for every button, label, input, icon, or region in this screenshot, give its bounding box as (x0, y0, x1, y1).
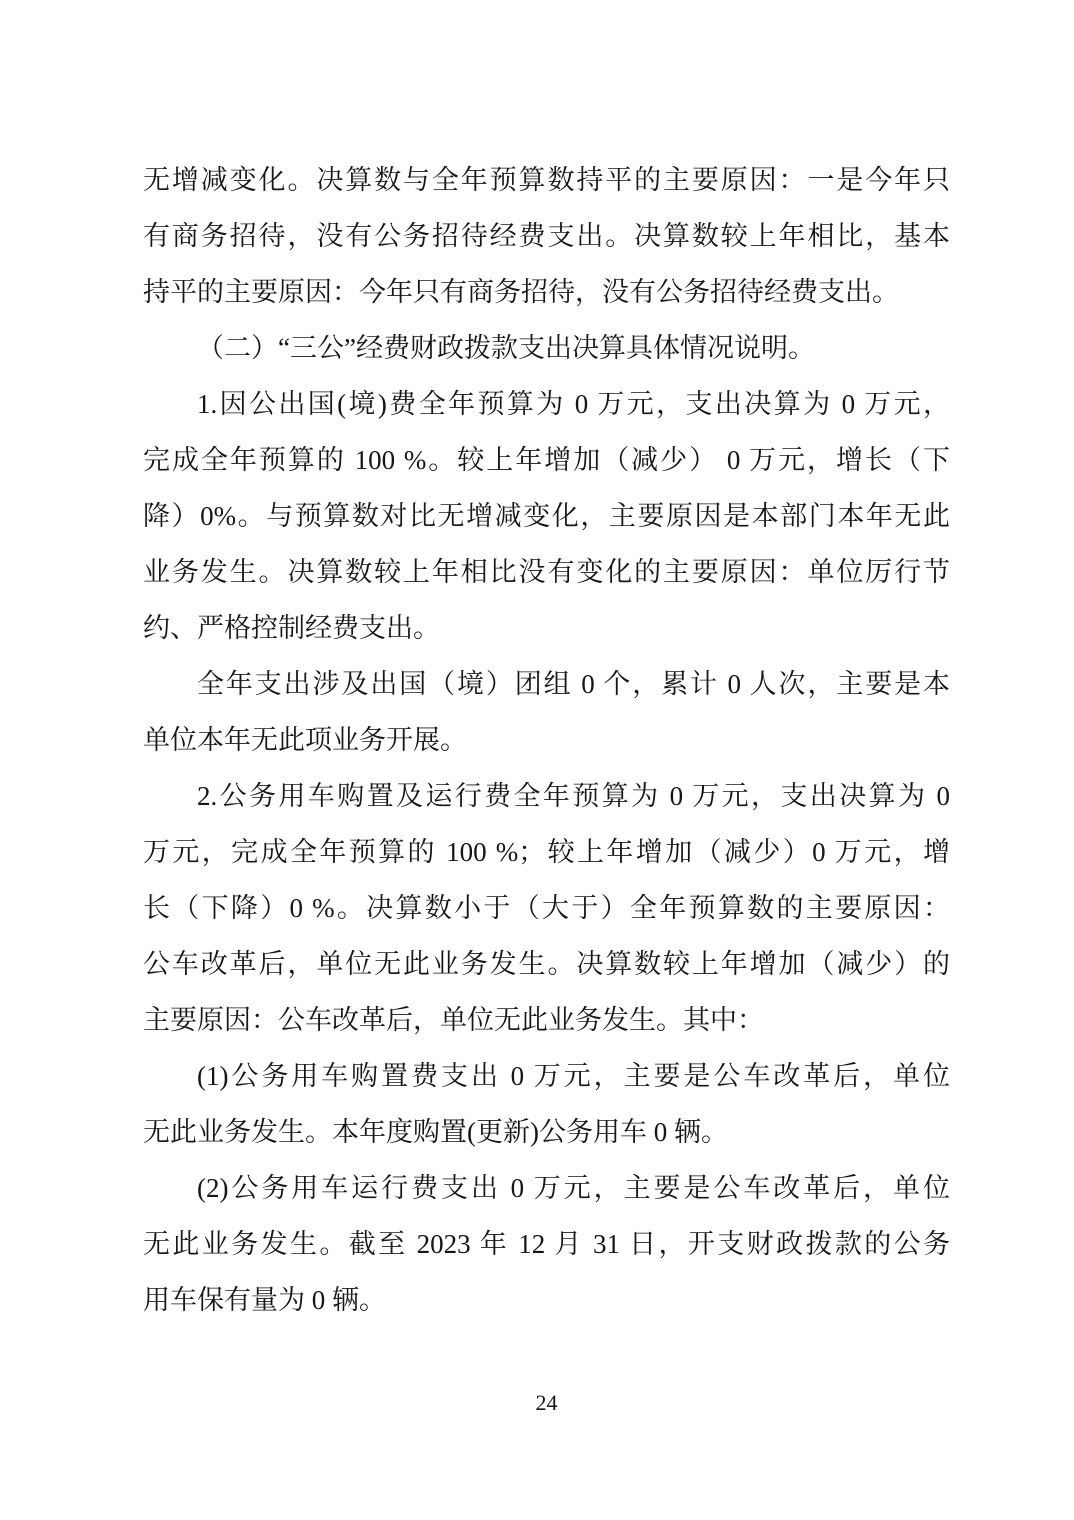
text-line: 降）0%。与预算数对比无增减变化，主要原因是本部门本年无此 (143, 488, 950, 544)
text-line: 约、严格控制经费支出。 (143, 600, 950, 656)
text-line: (2)公务用车运行费支出 0 万元，主要是公车改革后，单位 (143, 1160, 950, 1216)
text-line: 无此业务发生。本年度购置(更新)公务用车 0 辆。 (143, 1104, 950, 1160)
text-line: 业务发生。决算数较上年相比没有变化的主要原因：单位厉行节 (143, 544, 950, 600)
text-line-section-heading: （二）“三公”经费财政拨款支出决算具体情况说明。 (143, 320, 950, 376)
text-line: 持平的主要原因：今年只有商务招待，没有公务招待经费支出。 (143, 264, 950, 320)
text-line: (1)公务用车购置费支出 0 万元，主要是公车改革后，单位 (143, 1048, 950, 1104)
text-line: 单位本年无此项业务开展。 (143, 712, 950, 768)
text-line: 长（下降）0 %。决算数小于（大于）全年预算数的主要原因： (143, 880, 950, 936)
text-line: 主要原因：公车改革后，单位无此业务发生。其中： (143, 992, 950, 1048)
text-line: 有商务招待，没有公务招待经费支出。决算数较上年相比，基本 (143, 208, 950, 264)
document-text: 无增减变化。决算数与全年预算数持平的主要原因：一是今年只 有商务招待，没有公务招… (143, 152, 950, 1328)
text-line: 全年支出涉及出国（境）团组 0 个，累计 0 人次，主要是本 (143, 656, 950, 712)
text-line: 公车改革后，单位无此业务发生。决算数较上年增加（减少）的 (143, 936, 950, 992)
text-line: 1.因公出国(境)费全年预算为 0 万元，支出决算为 0 万元， (143, 376, 950, 432)
document-page: 无增减变化。决算数与全年预算数持平的主要原因：一是今年只 有商务招待，没有公务招… (0, 0, 1074, 1520)
text-line: 用车保有量为 0 辆。 (143, 1272, 950, 1328)
text-line: 万元，完成全年预算的 100 %；较上年增加（减少）0 万元，增 (143, 824, 950, 880)
text-line: 完成全年预算的 100 %。较上年增加（减少） 0 万元，增长（下 (143, 432, 950, 488)
text-line: 无增减变化。决算数与全年预算数持平的主要原因：一是今年只 (143, 152, 950, 208)
page-number: 24 (143, 1388, 950, 1418)
text-line: 2.公务用车购置及运行费全年预算为 0 万元，支出决算为 0 (143, 768, 950, 824)
text-line: 无此业务发生。截至 2023 年 12 月 31 日，开支财政拨款的公务 (143, 1216, 950, 1272)
